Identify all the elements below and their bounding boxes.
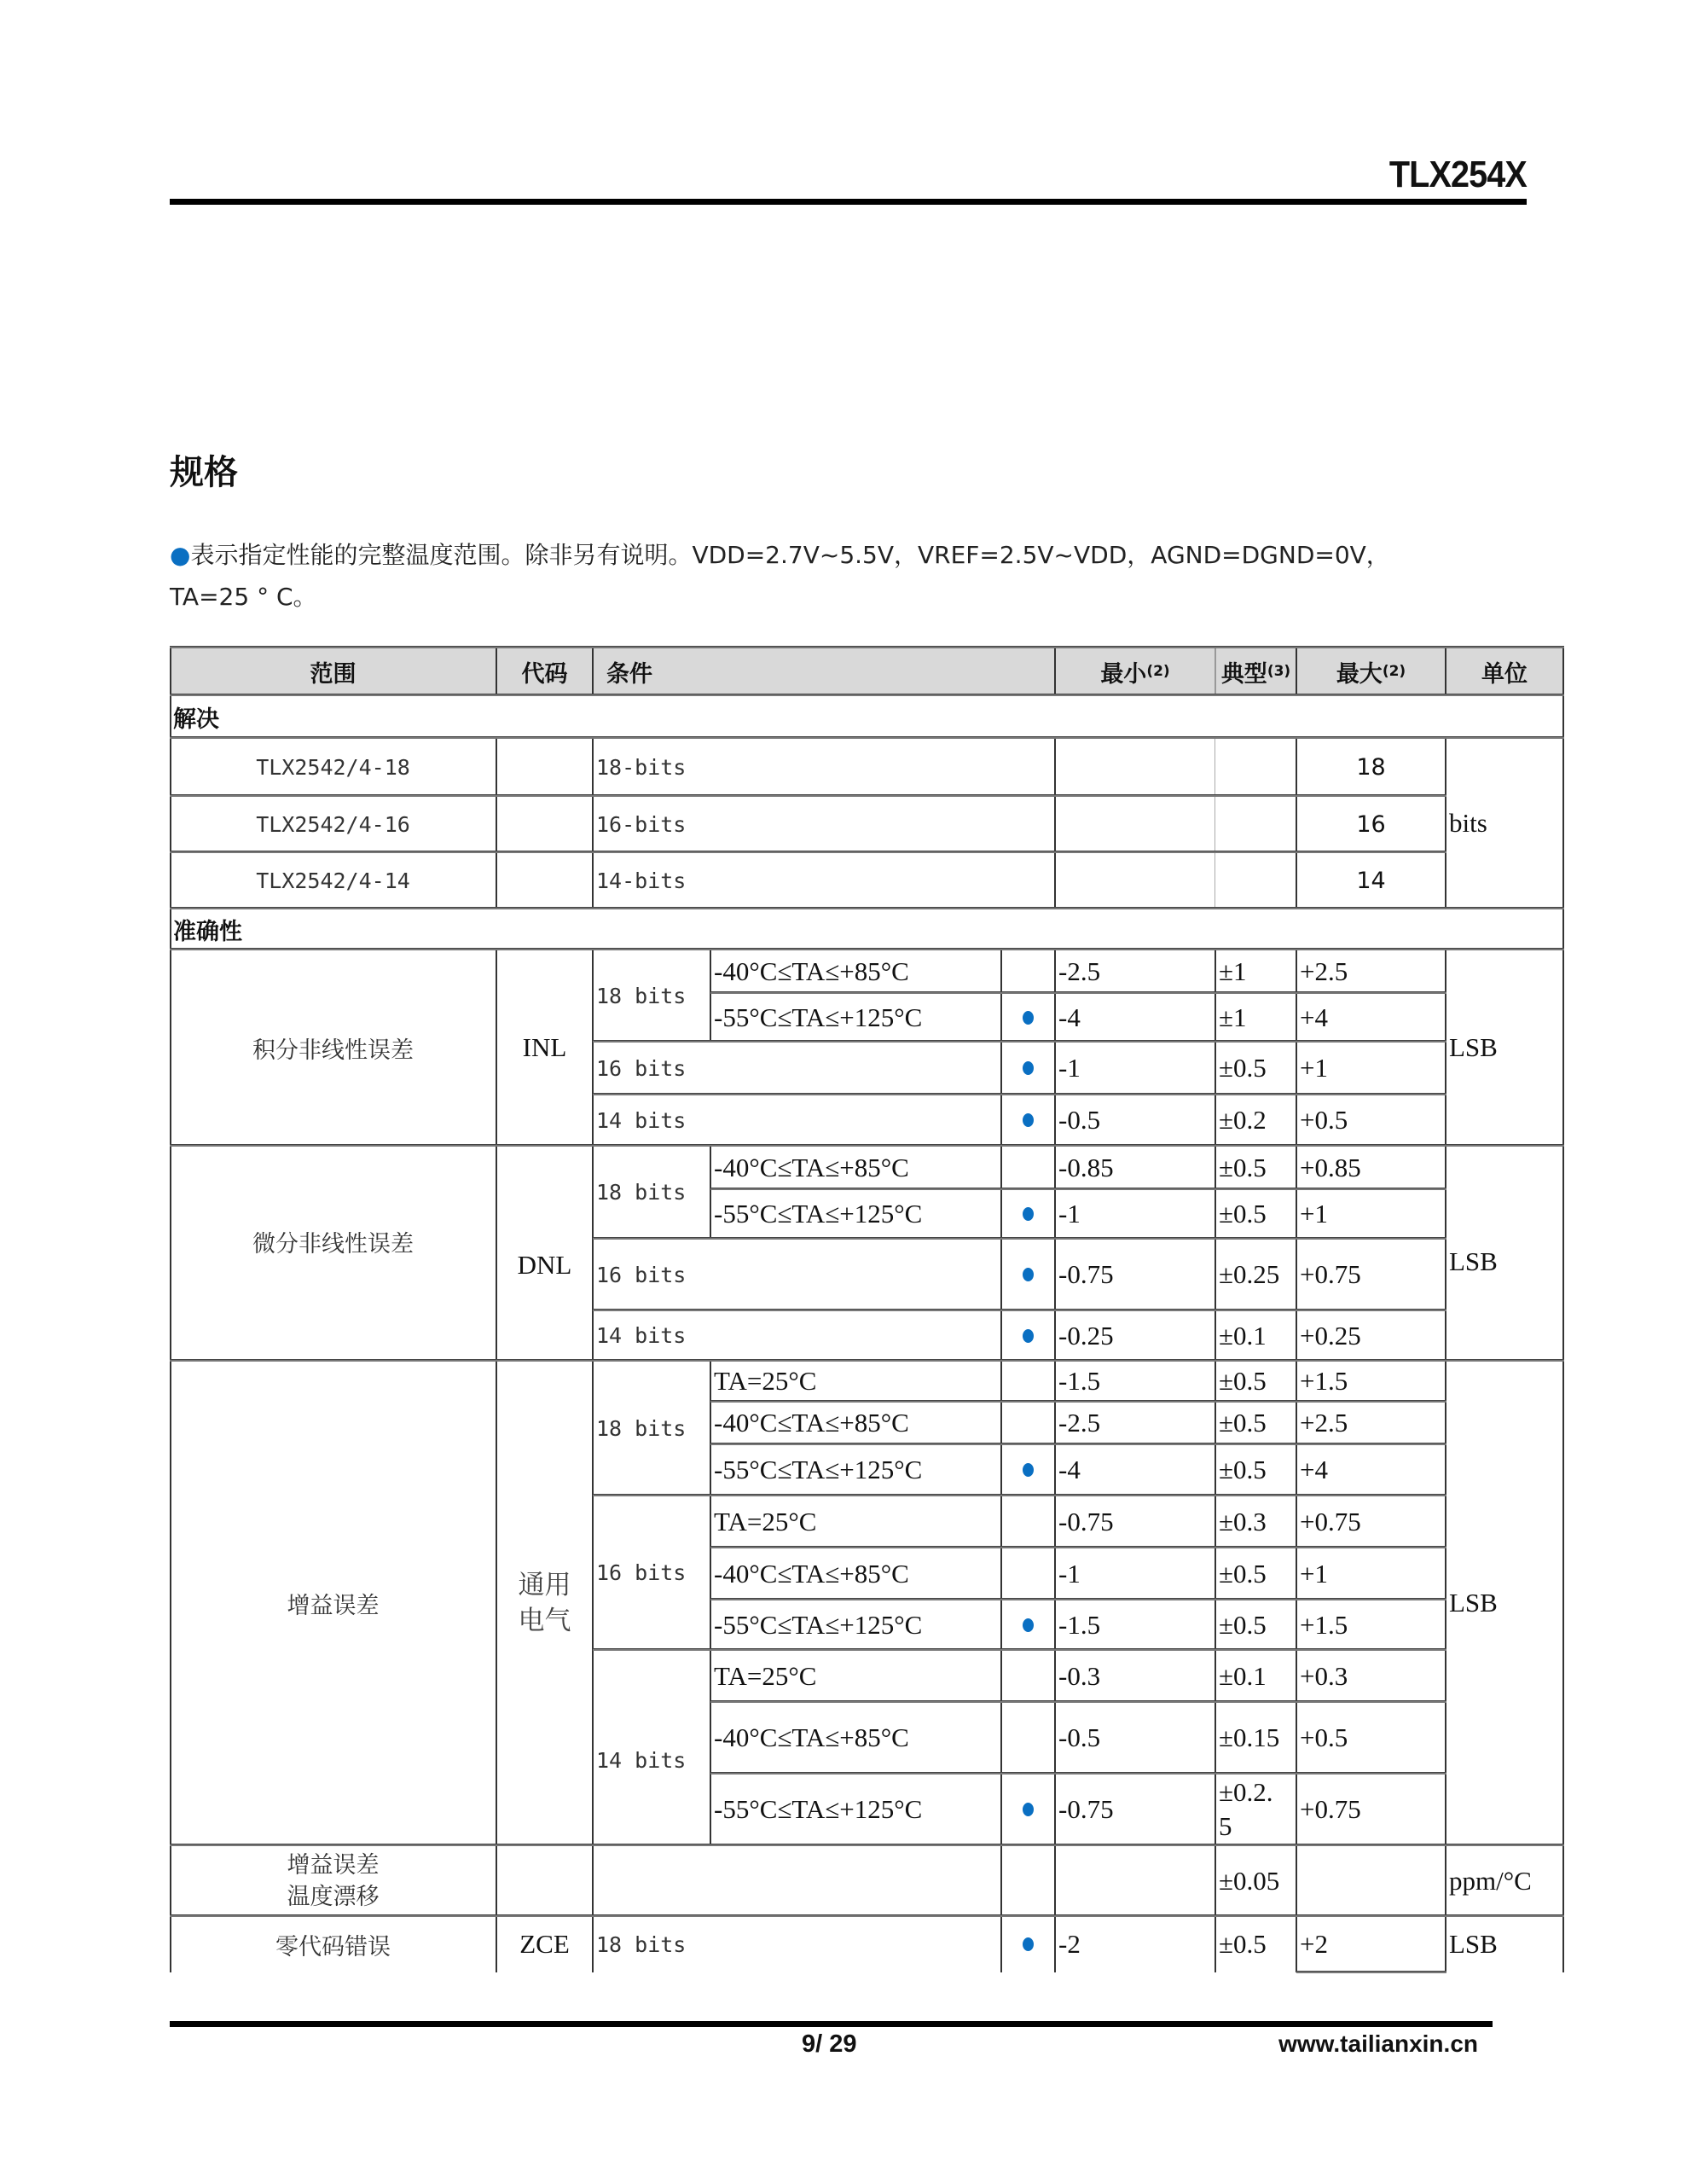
table-grid: [1445, 738, 1446, 909]
table-border: [170, 648, 171, 1972]
dnl-max: +0.25: [1296, 1310, 1446, 1361]
full-temp-indicator-icon: [1001, 1310, 1055, 1361]
table-grid: [1215, 738, 1215, 909]
group-title-resolution: 解决: [170, 695, 1563, 738]
gain-cond: -55°C≤TA≤+125°C: [710, 1774, 1001, 1845]
table-grid: [1054, 648, 1056, 695]
footer-rule: [170, 2021, 1493, 2027]
full-temp-indicator-icon: [1001, 1774, 1055, 1845]
inl-min: -4: [1055, 993, 1215, 1042]
table-grid: [496, 738, 497, 909]
gain-typ: ±0.5: [1215, 1361, 1296, 1402]
gain-cond: -40°C≤TA≤+85°C: [710, 1702, 1001, 1774]
gain-min: -0.3: [1055, 1650, 1215, 1702]
gain-max: +1: [1296, 1548, 1446, 1600]
inl-typ: ±0.5: [1215, 1042, 1296, 1095]
table-grid: [710, 1700, 1446, 1703]
table-grid: [170, 1144, 1564, 1147]
table-grid: [1054, 950, 1056, 1972]
resolution-range-18: TLX2542/4-18: [170, 738, 496, 796]
page-number: 9/ 29: [802, 2030, 857, 2059]
header-min-label: 最小: [1100, 655, 1146, 688]
inl-min: -2.5: [1055, 950, 1215, 993]
gain-max: +4: [1296, 1444, 1446, 1496]
full-temp-indicator-icon: [1001, 1444, 1055, 1496]
table-grid: [593, 1494, 1446, 1496]
inl-max: +4: [1296, 993, 1446, 1042]
zce-unit: LSB: [1446, 1916, 1563, 1972]
table-grid: [593, 1309, 1446, 1311]
table-grid: [170, 1359, 1564, 1362]
dnl-typ: ±0.1: [1215, 1310, 1296, 1361]
header-range: 范围: [170, 648, 496, 695]
gain-min: -1: [1055, 1548, 1215, 1600]
gain-min: -1.5: [1055, 1600, 1215, 1650]
table-grid: [1296, 738, 1297, 909]
inl-code: INL: [496, 950, 593, 1146]
table-grid: [170, 851, 1446, 853]
document-title: TLX254X: [1389, 154, 1527, 196]
resolution-max-16: 16: [1296, 796, 1446, 852]
inl-cond: -55°C≤TA≤+125°C: [710, 993, 1001, 1042]
dnl-min: -0.85: [1055, 1146, 1215, 1189]
resolution-cond-14: 14-bits: [593, 852, 1053, 909]
footnote-ref: (2): [1146, 663, 1169, 680]
table-grid: [1215, 950, 1216, 1972]
table-grid: [710, 1772, 1446, 1774]
header-min: 最小(2): [1055, 648, 1215, 695]
table-grid: [593, 1648, 1446, 1651]
spec-note-line1: ●表示指定性能的完整温度范围。除非另有说明。VDD=2.7V~5.5V，VREF…: [170, 542, 1390, 569]
inl-max: +0.5: [1296, 1095, 1446, 1146]
table-grid: [1215, 648, 1216, 695]
gain-code-line1: 通用: [519, 1567, 571, 1603]
table-grid: [710, 1400, 1446, 1403]
resolution-cond-18: 18-bits: [593, 738, 1053, 796]
gain-max: +0.5: [1296, 1702, 1446, 1774]
dnl-min: -0.25: [1055, 1310, 1215, 1361]
resolution-range-14: TLX2542/4-14: [170, 852, 496, 909]
gain-typ: ±0.15: [1215, 1702, 1284, 1774]
zce-min: -2: [1055, 1916, 1215, 1972]
dnl-bits-18: 18 bits: [593, 1146, 710, 1239]
dnl-typ: ±0.5: [1215, 1146, 1296, 1189]
header-condition: 条件: [594, 648, 1055, 695]
table-grid: [1296, 950, 1297, 1972]
full-temp-indicator-icon: [1001, 1239, 1055, 1310]
gain-max: +0.3: [1296, 1650, 1446, 1702]
table-grid: [170, 646, 1564, 648]
table-grid: [592, 648, 594, 695]
full-temp-indicator-icon: [1001, 993, 1055, 1042]
zce-param: 零代码错误: [170, 1916, 496, 1972]
section-title: 规格: [170, 445, 238, 494]
gain-drift-unit: ppm/°C: [1446, 1845, 1563, 1916]
gain-param: 增益误差: [170, 1361, 496, 1845]
gain-min: -0.75: [1055, 1496, 1215, 1548]
table-grid: [170, 794, 1446, 797]
inl-param: 积分非线性误差: [170, 950, 496, 1146]
header-max-label: 最大: [1336, 655, 1383, 688]
gain-code-line2: 电气: [519, 1603, 571, 1639]
dnl-max: +0.85: [1296, 1146, 1446, 1189]
gain-bits-18: 18 bits: [593, 1361, 710, 1496]
table-grid: [710, 950, 711, 1042]
full-temp-indicator-icon: [1001, 1189, 1055, 1239]
resolution-range-16: TLX2542/4-16: [170, 796, 496, 852]
gain-max: +0.75: [1296, 1774, 1446, 1845]
inl-unit: LSB: [1446, 950, 1563, 1146]
gain-min: -0.5: [1055, 1702, 1215, 1774]
inl-bits-16: 16 bits: [593, 1042, 1001, 1095]
inl-typ: ±0.2: [1215, 1095, 1296, 1146]
gain-max: +2.5: [1296, 1402, 1446, 1444]
gain-max: +0.75: [1296, 1496, 1446, 1548]
dnl-cond: -55°C≤TA≤+125°C: [710, 1189, 1001, 1239]
gain-typ: ±0.3: [1215, 1496, 1296, 1548]
dnl-bits-16: 16 bits: [593, 1239, 1001, 1310]
bullet-icon: ●: [170, 541, 190, 569]
table-border: [1562, 648, 1564, 1972]
dnl-unit: LSB: [1446, 1146, 1563, 1361]
inl-max: +1: [1296, 1042, 1446, 1095]
note-text: 表示指定性能的完整温度范围。除非另有说明。VDD=2.7V~5.5V，VREF=…: [190, 541, 1389, 569]
header-typ-label: 典型: [1221, 655, 1267, 688]
table-grid: [170, 948, 1564, 950]
table-grid: [170, 736, 1564, 739]
gain-typ: ±0.1: [1215, 1650, 1296, 1702]
footnote-ref: (2): [1383, 663, 1406, 680]
zce-max: +2: [1296, 1916, 1446, 1972]
dnl-max: +1: [1296, 1189, 1446, 1239]
table-grid: [710, 1546, 1446, 1548]
gain-cond: -55°C≤TA≤+125°C: [710, 1600, 1001, 1650]
table-grid: [710, 1188, 1446, 1190]
table-grid: [592, 950, 594, 1972]
gain-typ: ±0.5: [1215, 1600, 1296, 1650]
table-grid: [1296, 648, 1297, 695]
gain-typ: ±0.5: [1215, 1444, 1296, 1496]
group-title-accuracy: 准确性: [170, 909, 1563, 950]
gain-drift-typ: ±0.05: [1215, 1845, 1284, 1916]
zce-typ: ±0.5: [1215, 1916, 1296, 1972]
header-max: 最大(2): [1296, 648, 1446, 695]
footnote-ref: (3): [1267, 663, 1290, 680]
footer-url[interactable]: www.tailianxin.cn: [1278, 2030, 1478, 2058]
inl-typ: ±1: [1215, 993, 1296, 1042]
gain-typ: ±0.2.5: [1215, 1774, 1284, 1845]
full-temp-indicator-icon: [1001, 1600, 1055, 1650]
inl-min: -0.5: [1055, 1095, 1215, 1146]
inl-min: -1: [1055, 1042, 1215, 1095]
resolution-max-18: 18: [1296, 738, 1446, 796]
table-grid: [496, 950, 497, 1972]
gain-typ: ±0.5: [1215, 1548, 1296, 1600]
dnl-cond: -40°C≤TA≤+85°C: [710, 1146, 1001, 1189]
table-grid: [170, 1844, 1564, 1846]
gain-min: -2.5: [1055, 1402, 1215, 1444]
dnl-min: -0.75: [1055, 1239, 1215, 1310]
dnl-max: +0.75: [1296, 1239, 1446, 1310]
dnl-min: -1: [1055, 1189, 1215, 1239]
gain-min: -1.5: [1055, 1361, 1215, 1402]
dnl-param: 微分非线性误差: [170, 1146, 496, 1338]
table-grid: [1296, 1971, 1446, 1973]
table-grid: [710, 1443, 1446, 1445]
resolution-unit: bits: [1446, 738, 1563, 909]
header-code: 代码: [496, 648, 593, 695]
resolution-max-14: 14: [1296, 852, 1446, 909]
table-grid: [170, 1914, 1564, 1917]
table-grid: [170, 694, 1564, 696]
zce-code: ZCE: [496, 1916, 593, 1972]
table-grid: [1445, 950, 1446, 1972]
table-grid: [593, 1237, 1446, 1240]
gain-max: +1.5: [1296, 1600, 1446, 1650]
gain-code: 通用 电气: [496, 1361, 593, 1845]
gain-cond: TA=25°C: [710, 1361, 1001, 1402]
gain-unit: LSB: [1446, 1361, 1563, 1845]
gain-cond: -40°C≤TA≤+85°C: [710, 1548, 1001, 1600]
gain-cond: TA=25°C: [710, 1650, 1001, 1702]
dnl-bits-14: 14 bits: [593, 1310, 1001, 1361]
table-grid: [170, 907, 1564, 909]
full-temp-indicator-icon: [1001, 1042, 1055, 1095]
header-rule: [170, 199, 1527, 205]
gain-typ: ±0.5: [1215, 1402, 1296, 1444]
table-grid: [496, 648, 497, 695]
gain-bits-16: 16 bits: [593, 1496, 710, 1650]
gain-min: -0.75: [1055, 1774, 1215, 1845]
gain-bits-14: 14 bits: [593, 1650, 710, 1845]
dnl-typ: ±0.25: [1215, 1239, 1284, 1310]
dnl-typ: ±0.5: [1215, 1189, 1296, 1239]
spec-note-line2: TA=25 ° C。: [170, 584, 317, 611]
gain-cond: -40°C≤TA≤+85°C: [710, 1402, 1001, 1444]
table-grid: [1445, 648, 1446, 695]
inl-bits-18: 18 bits: [593, 950, 710, 1042]
table-grid: [710, 1146, 711, 1239]
table-grid: [592, 738, 594, 909]
gain-drift-param-line1: 增益误差: [287, 1850, 380, 1881]
header-unit: 单位: [1446, 648, 1563, 695]
gain-drift-param-line2: 温度漂移: [287, 1881, 380, 1913]
table-grid: [593, 1093, 1446, 1095]
table-grid: [593, 1040, 1446, 1043]
table-grid: [1000, 950, 1002, 1972]
table-grid: [1054, 738, 1056, 909]
table-grid: [710, 1598, 1446, 1600]
inl-bits-14: 14 bits: [593, 1095, 1001, 1146]
table-grid: [710, 991, 1446, 994]
dnl-code: DNL: [496, 1146, 593, 1361]
gain-cond: TA=25°C: [710, 1496, 1001, 1548]
inl-max: +2.5: [1296, 950, 1446, 993]
gain-drift-param: 增益误差 温度漂移: [170, 1845, 496, 1916]
full-temp-indicator-icon: [1001, 1916, 1055, 1972]
gain-cond: -55°C≤TA≤+125°C: [710, 1444, 1001, 1496]
inl-typ: ±1: [1215, 950, 1296, 993]
gain-max: +1.5: [1296, 1361, 1446, 1402]
inl-cond: -40°C≤TA≤+85°C: [710, 950, 1001, 993]
full-temp-indicator-icon: [1001, 1095, 1055, 1146]
resolution-cond-16: 16-bits: [593, 796, 1053, 852]
gain-min: -4: [1055, 1444, 1215, 1496]
header-typ: 典型(3): [1215, 648, 1296, 695]
zce-bits: 18 bits: [593, 1916, 1001, 1972]
